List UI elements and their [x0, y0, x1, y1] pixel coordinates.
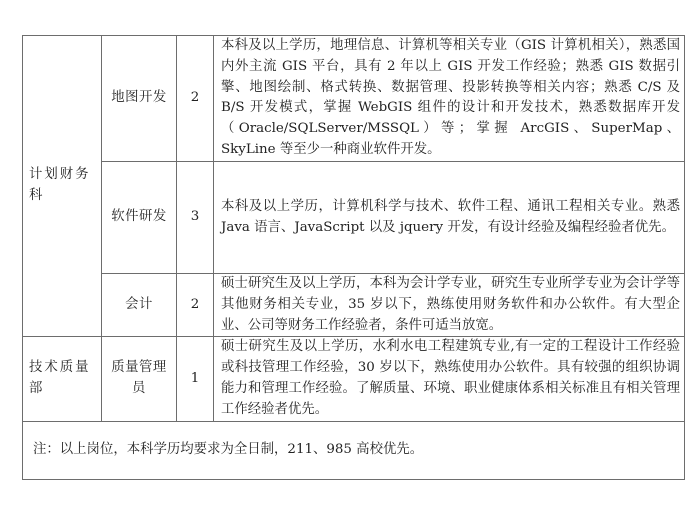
- table-row: 会计 2 硕士研究生及以上学历，本科为会计学专业，研究生专业所学专业为会计学等其…: [23, 274, 685, 337]
- position-name: 地图开发: [107, 88, 171, 109]
- headcount-cell: 1: [177, 337, 214, 421]
- position-name: 软件研发: [107, 207, 171, 228]
- table-row: 计划财务科 地图开发 2 本科及以上学历，地理信息、计算机等相关专业（GIS 计…: [23, 36, 685, 162]
- position-cell: 地图开发: [102, 36, 177, 162]
- table-row: 软件研发 3 本科及以上学历，计算机科学与技术、软件工程、通讯工程相关专业。熟悉…: [23, 162, 685, 274]
- position-cell: 质量管理员: [102, 337, 177, 421]
- requirements-cell: 硕士研究生及以上学历，本科为会计学专业，研究生专业所学专业为会计学等其他财务相关…: [214, 274, 685, 337]
- table-row: 技术质量部 质量管理员 1 硕士研究生及以上学历，水利水电工程建筑专业,有一定的…: [23, 337, 685, 421]
- department-name: 技术质量部: [23, 358, 101, 400]
- job-requirements-table: 计划财务科 地图开发 2 本科及以上学历，地理信息、计算机等相关专业（GIS 计…: [22, 35, 685, 480]
- note-row: 注：以上岗位，本科学历均要求为全日制，211、985 高校优先。: [23, 421, 685, 479]
- headcount-cell: 2: [177, 36, 214, 162]
- department-name: 计划财务科: [23, 165, 101, 207]
- department-cell: 计划财务科: [23, 36, 102, 337]
- note-text: 注：以上岗位，本科学历均要求为全日制，211、985 高校优先。: [23, 421, 685, 479]
- requirements-cell: 本科及以上学历，地理信息、计算机等相关专业（GIS 计算机相关），熟悉国内外主流…: [214, 36, 685, 162]
- position-name: 质量管理员: [102, 358, 176, 400]
- position-cell: 软件研发: [102, 162, 177, 274]
- headcount-cell: 3: [177, 162, 214, 274]
- requirements-cell: 硕士研究生及以上学历，水利水电工程建筑专业,有一定的工程设计工作经验或科技管理工…: [214, 337, 685, 421]
- requirements-cell: 本科及以上学历，计算机科学与技术、软件工程、通讯工程相关专业。熟悉 Java 语…: [214, 162, 685, 274]
- headcount-cell: 2: [177, 274, 214, 337]
- position-name: 会计: [121, 295, 157, 316]
- position-cell: 会计: [102, 274, 177, 337]
- department-cell: 技术质量部: [23, 337, 102, 421]
